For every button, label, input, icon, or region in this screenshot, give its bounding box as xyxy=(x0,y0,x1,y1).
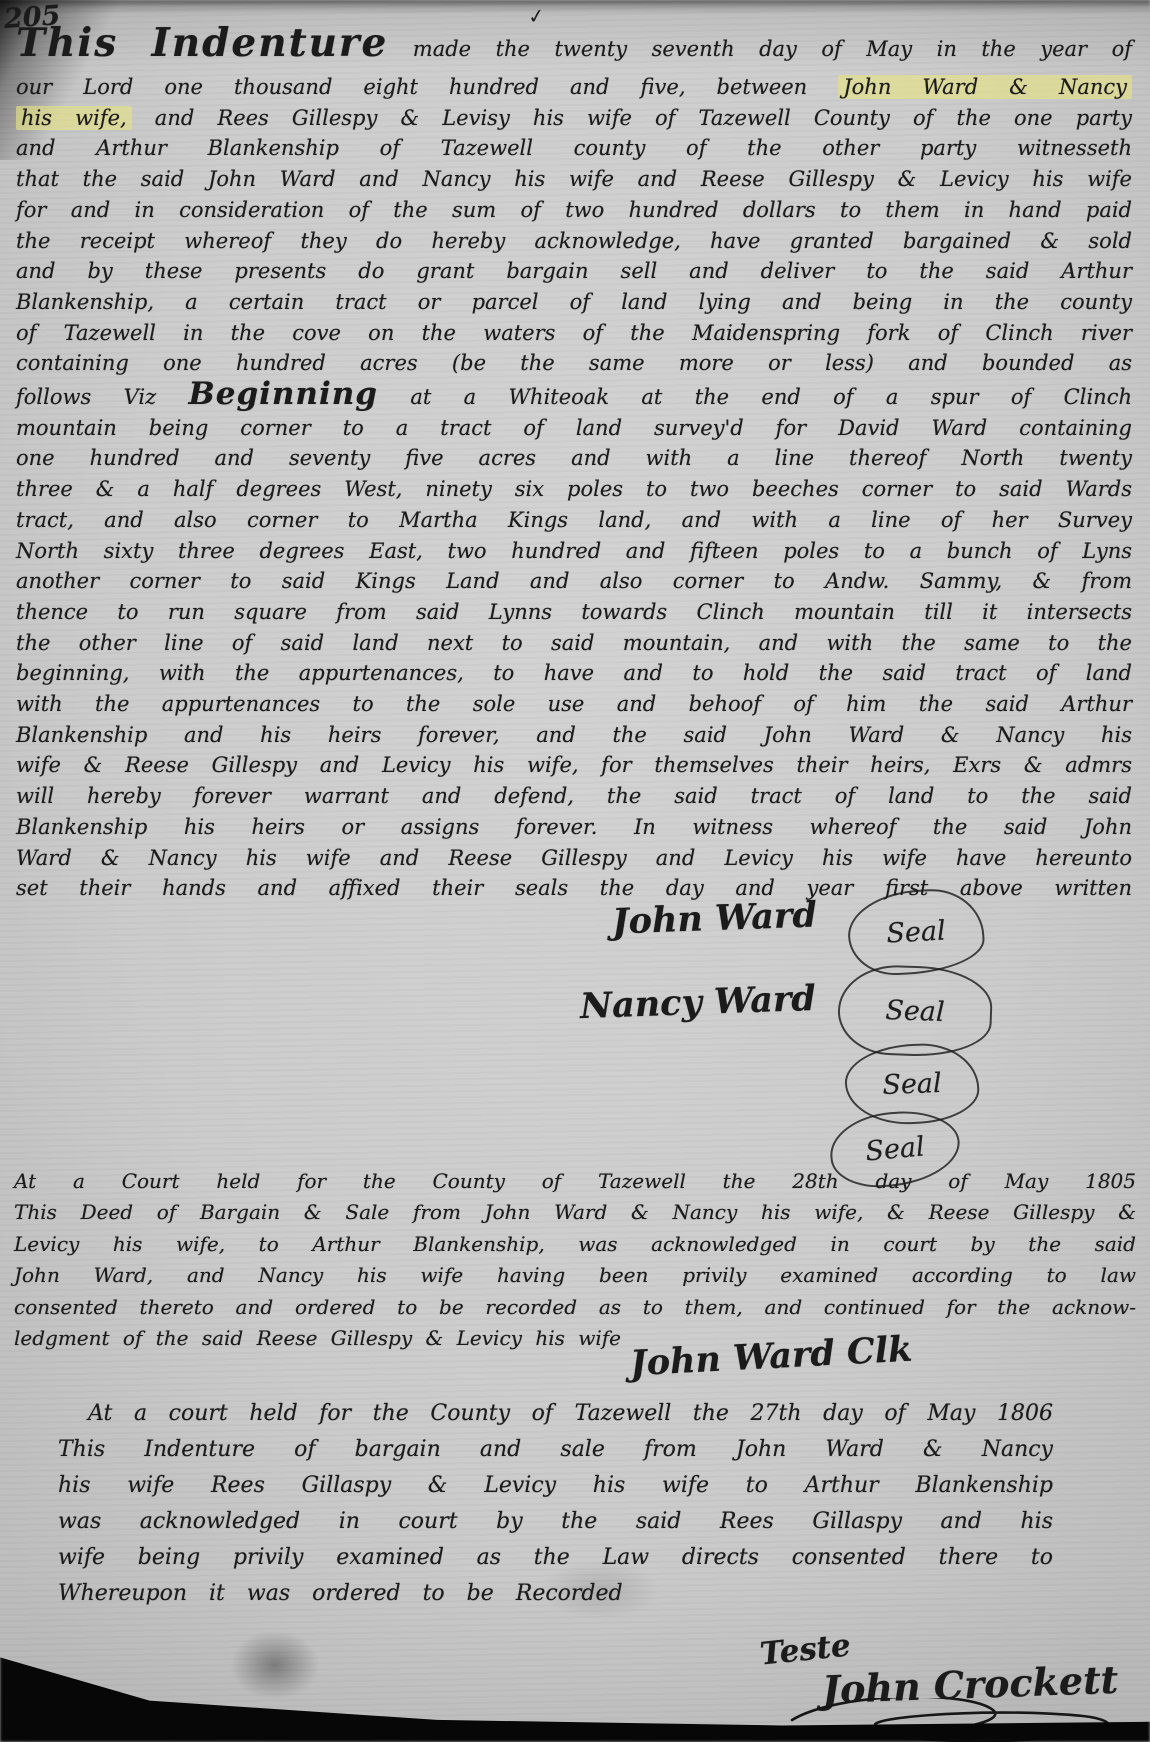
deed-line: and by these presents do grant bargain s… xyxy=(16,256,1132,287)
court-line: John Ward, and Nancy his wife having bee… xyxy=(14,1260,1136,1291)
deed-line: another corner to said Kings Land and al… xyxy=(16,566,1132,597)
scan-smudge xyxy=(230,1630,320,1700)
deed-line-text: our Lord one thousand eight hundred and … xyxy=(16,75,807,99)
deed-line: and Arthur Blankenship of Tazewell count… xyxy=(16,133,1132,164)
deed-line: North sixty three degrees East, two hund… xyxy=(16,536,1132,567)
deed-line: the receipt whereof they do hereby ackno… xyxy=(16,226,1132,257)
court-line: This Indenture of bargain and sale from … xyxy=(58,1432,1053,1468)
court-line: was acknowledged in court by the said Re… xyxy=(58,1504,1053,1540)
deed-line: mountain being corner to a tract of land… xyxy=(16,413,1132,444)
deed-line: with the appurtenances to the sole use a… xyxy=(16,689,1132,720)
scanned-deed-page: 205 ✓ This Indenture made the twenty sev… xyxy=(0,0,1150,1742)
deed-line: will hereby forever warrant and defend, … xyxy=(16,781,1132,812)
deed-line-text: follows Viz xyxy=(16,385,156,409)
deed-line: one hundred and seventy five acres and w… xyxy=(16,443,1132,474)
deed-line: for and in consideration of the sum of t… xyxy=(16,195,1132,226)
deed-line: Blankenship his heirs or assigns forever… xyxy=(16,812,1132,843)
court-line: At a court held for the County of Tazewe… xyxy=(58,1396,1053,1432)
deed-line: beginning, with the appurtenances, to ha… xyxy=(16,658,1132,689)
court-line: his wife Rees Gillaspy & Levicy his wife… xyxy=(58,1468,1053,1504)
deed-line: his wife, and Rees Gillespy & Levisy his… xyxy=(16,103,1132,134)
court-line: consented thereto and ordered to be reco… xyxy=(14,1292,1136,1323)
deed-line-text: made the twenty seventh day of May in th… xyxy=(413,37,1132,61)
signature-nancy-ward: Nancy Ward xyxy=(579,978,816,1027)
deed-line: tract, and also corner to Martha Kings l… xyxy=(16,505,1132,536)
court-line: wife being privily examined as the Law d… xyxy=(58,1540,1053,1576)
highlight-his-wife: his wife, xyxy=(16,106,132,130)
beginning-word: Beginning xyxy=(189,376,378,412)
court-line: Levicy his wife, to Arthur Blankenship, … xyxy=(14,1229,1136,1260)
court-record-1806: At a court held for the County of Tazewe… xyxy=(58,1396,1053,1612)
deed-line-text: and Rees Gillespy & Levisy his wife of T… xyxy=(155,106,1132,130)
deed-line: that the said John Ward and Nancy his wi… xyxy=(16,164,1132,195)
deed-line: thence to run square from said Lynns tow… xyxy=(16,597,1132,628)
court-line: Whereupon it was ordered to be Recorded xyxy=(58,1576,1053,1612)
highlight-grantor-names: John Ward & Nancy xyxy=(838,75,1132,99)
deed-line: Ward & Nancy his wife and Reese Gillespy… xyxy=(16,843,1132,874)
court-line: ledgment of the said Reese Gillespy & Le… xyxy=(14,1323,1136,1354)
deed-line: Blankenship, a certain tract or parcel o… xyxy=(16,287,1132,318)
court-line: At a Court held for the County of Tazewe… xyxy=(14,1166,1136,1197)
opening-words: This Indenture xyxy=(16,20,388,66)
deed-line: of Tazewell in the cove on the waters of… xyxy=(16,318,1132,349)
deed-line: Blankenship and his heirs forever, and t… xyxy=(16,720,1132,751)
deed-line-beginning: follows Viz Beginning at a Whiteoak at t… xyxy=(16,379,1132,413)
deed-line: wife & Reese Gillespy and Levicy his wif… xyxy=(16,750,1132,781)
signature-john-ward: John Ward xyxy=(611,894,817,942)
deed-body: This Indenture made the twenty seventh d… xyxy=(16,20,1132,904)
deed-line: three & a half degrees West, ninety six … xyxy=(16,474,1132,505)
deed-line-text: at a Whiteoak at the end of a spur of Cl… xyxy=(410,385,1132,409)
deed-line-opening: This Indenture made the twenty seventh d… xyxy=(16,20,1132,72)
deed-line: our Lord one thousand eight hundred and … xyxy=(16,72,1132,103)
deed-line: containing one hundred acres (be the sam… xyxy=(16,348,1132,379)
court-line: This Deed of Bargain & Sale from John Wa… xyxy=(14,1197,1136,1228)
deed-line: the other line of said land next to said… xyxy=(16,628,1132,659)
court-record-1805: At a Court held for the County of Tazewe… xyxy=(14,1166,1136,1354)
